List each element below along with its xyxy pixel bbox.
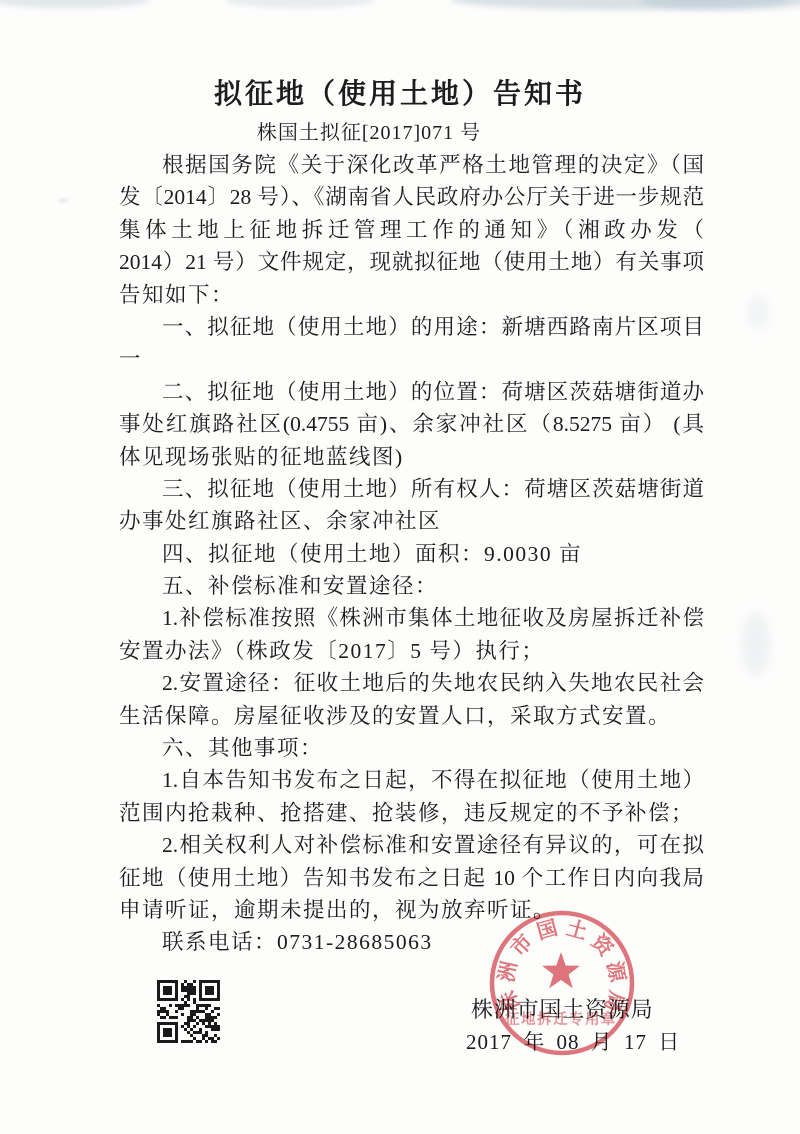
- body-line: 事处红旗路社区(0.4755 亩)、余家冲社区（8.5275 亩） (具: [119, 408, 704, 440]
- body-line: 二、拟征地（使用土地）的位置：荷塘区茨菇塘街道办: [119, 376, 704, 408]
- body-line: 2.相关权利人对补偿标准和安置途径有异议的，可在拟: [119, 829, 704, 861]
- seal-graphic: 株洲市国土资源局 征地拆迁专用章: [482, 903, 642, 1063]
- body-line: 1.补偿标准按照《株洲市集体土地征收及房屋拆迁补偿: [119, 602, 704, 634]
- seal-ring-char: 局: [599, 988, 628, 1015]
- body-line: 一、拟征地（使用土地）的用途：新塘西路南片区项目: [119, 311, 704, 343]
- scan-artifact: [742, 612, 770, 676]
- body-line: 生活保障。房屋征收涉及的安置人口，采取方式安置。: [119, 700, 704, 732]
- body-line: 四、拟征地（使用土地）面积：9.0030 亩: [119, 538, 704, 570]
- body-line: 办事处红旗路社区、余家冲社区: [119, 505, 704, 537]
- body-line: 征地（使用土地）告知书发布之日起 10 个工作日内向我局: [119, 862, 704, 894]
- qr-code: [157, 980, 220, 1043]
- body-line: 发〔2014〕28 号）、《湖南省人民政府办公厅关于进一步规范: [119, 181, 704, 213]
- body-line: 根据国务院《关于深化改革严格土地管理的决定》（国: [119, 149, 704, 181]
- seal-banner-text: 征地拆迁专用章: [505, 1010, 617, 1028]
- body-line: 1.自本告知书发布之日起，不得在拟征地（使用土地）: [119, 764, 704, 796]
- scan-artifact: [450, 0, 790, 10]
- scan-artifact: [58, 198, 68, 203]
- official-seal: 株洲市国土资源局 征地拆迁专用章: [482, 903, 642, 1063]
- body-line: 六、其他事项：: [119, 732, 704, 764]
- body-line: 2.安置途径：征收土地后的失地农民纳入失地农民社会: [119, 667, 704, 699]
- body-line: 范围内抢栽种、抢搭建、抢装修，违反规定的不予补偿；: [119, 797, 704, 829]
- body-line: 告知如下：: [119, 279, 704, 311]
- document-page: 拟征地（使用土地）告知书 株国土拟征[2017]071 号 根据国务院《关于深化…: [0, 0, 800, 1134]
- body-line: 一: [119, 343, 704, 375]
- seal-ring-char: 洲: [495, 959, 522, 984]
- seal-ring-char: 源: [602, 959, 629, 984]
- document-title: 拟征地（使用土地）告知书: [0, 72, 800, 112]
- body-lines: 根据国务院《关于深化改革严格土地管理的决定》（国发〔2014〕28 号）、《湖南…: [119, 149, 704, 959]
- scan-artifact: [748, 296, 768, 330]
- document-number: 株国土拟征[2017]071 号: [0, 116, 769, 145]
- scan-artifact: [225, 0, 375, 8]
- body-line: 三、拟征地（使用土地）所有权人：荷塘区茨菇塘街道: [119, 473, 704, 505]
- body-line: 集体土地上征地拆迁管理工作的通知》（湘政办发（: [119, 214, 704, 246]
- body-line: 五、补偿标准和安置途径：: [119, 570, 704, 602]
- scan-artifact: [0, 0, 150, 8]
- scan-artifact: [640, 0, 800, 10]
- body-line: 安置办法》（株政发〔2017〕5 号）执行；: [119, 635, 704, 667]
- seal-ring-char: 国: [534, 916, 560, 944]
- body-line: 2014）21 号）文件规定，现就拟征地（使用土地）有关事项: [119, 246, 704, 278]
- star-icon: [542, 952, 580, 988]
- body-line: 体见现场张贴的征地蓝线图): [119, 441, 704, 473]
